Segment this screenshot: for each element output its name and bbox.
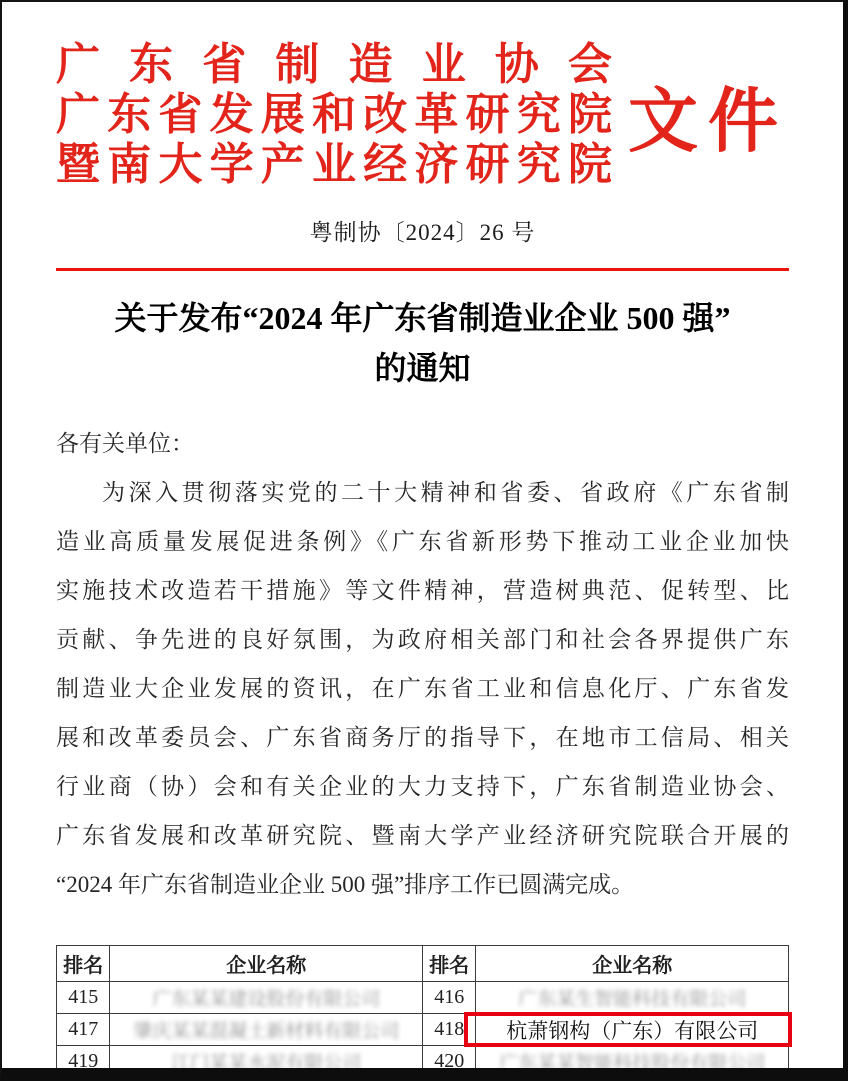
table-row: 415 广东某某建设股份有限公司 416 广东某生智能科技有限公司 bbox=[57, 982, 789, 1014]
red-divider-line bbox=[56, 268, 789, 271]
highlighted-company-name: 杭萧钢构（广东）有限公司 bbox=[506, 1019, 758, 1043]
document-title: 关于发布“2024 年广东省制造业企业 500 强” 的通知 bbox=[56, 293, 789, 393]
salutation: 各有关单位： bbox=[56, 419, 789, 468]
blurred-company-name: 肇庆某某混凝土新材料有限公司 bbox=[133, 1021, 399, 1042]
body-line: “2024 年广东省制造业企业 500 强”排序工作已圆满完成。 bbox=[56, 860, 789, 909]
body-line: 制造业大企业发展的资讯，在广东省工业和信息化厅、广东省发 bbox=[56, 664, 789, 713]
blurred-company-name: 广东某某智能科技股份有限公司 bbox=[499, 1053, 765, 1074]
document-number: 粤制协〔2024〕26 号 bbox=[56, 214, 789, 247]
company-cell: 广东某某智能科技股份有限公司 bbox=[476, 1046, 789, 1078]
body-line: 造业高质量发展促进条例》《广东省新形势下推动工业企业加快 bbox=[56, 517, 789, 566]
company-cell: 广东某某建设股份有限公司 bbox=[110, 982, 423, 1014]
header-company-left: 企业名称 bbox=[110, 946, 423, 982]
title-line-2: 的通知 bbox=[56, 343, 789, 393]
rank-cell: 418 bbox=[422, 1014, 475, 1046]
highlighted-company-cell: 杭萧钢构（广东）有限公司 bbox=[476, 1014, 789, 1046]
header-company-right: 企业名称 bbox=[476, 946, 789, 982]
org-name-line-1: 广东省制造业协会 bbox=[56, 40, 612, 90]
rank-cell: 417 bbox=[57, 1014, 110, 1046]
rank-cell: 416 bbox=[422, 982, 475, 1014]
table-row: 419 江门某某水泥有限公司 420 广东某某智能科技股份有限公司 bbox=[57, 1046, 789, 1078]
org-name-line-3: 暨南大学产业经济研究院 bbox=[56, 140, 612, 190]
rank-cell: 415 bbox=[57, 982, 110, 1014]
header-rank-right: 排名 bbox=[422, 946, 475, 982]
document-type-label: 文件 bbox=[628, 65, 788, 166]
document-body: 各有关单位： 为深入贯彻落实党的二十大精神和省委、省政府《广东省制 造业高质量发… bbox=[56, 419, 789, 909]
body-line: 贡献、争先进的良好氛围，为政府相关部门和社会各界提供广东 bbox=[56, 615, 789, 664]
company-cell: 江门某某水泥有限公司 bbox=[110, 1046, 423, 1078]
rank-cell: 420 bbox=[422, 1046, 475, 1078]
letterhead: 广东省制造业协会 广东省发展和改革研究院 暨南大学产业经济研究院 文件 bbox=[56, 40, 789, 190]
table-header-row: 排名 企业名称 排名 企业名称 bbox=[57, 946, 789, 982]
body-line: 行业商（协）会和有关企业的大力支持下，广东省制造业协会、 bbox=[56, 762, 789, 811]
company-cell: 肇庆某某混凝土新材料有限公司 bbox=[110, 1014, 423, 1046]
body-line: 展和改革委员会、广东省商务厅的指导下，在地市工信局、相关 bbox=[56, 713, 789, 762]
table-row: 417 肇庆某某混凝土新材料有限公司 418 杭萧钢构（广东）有限公司 bbox=[57, 1014, 789, 1046]
company-cell: 广东某生智能科技有限公司 bbox=[476, 982, 789, 1014]
body-line: 广东省发展和改革研究院、暨南大学产业经济研究院联合开展的 bbox=[56, 811, 789, 860]
blurred-company-name: 广东某生智能科技有限公司 bbox=[518, 989, 746, 1010]
org-name-line-2: 广东省发展和改革研究院 bbox=[56, 90, 612, 140]
ranking-table: 排名 企业名称 排名 企业名称 415 广东某某建设股份有限公司 416 广东某… bbox=[56, 945, 789, 1078]
title-line-1: 关于发布“2024 年广东省制造业企业 500 强” bbox=[56, 293, 789, 343]
body-line: 实施技术改造若干措施》等文件精神，营造树典范、促转型、比 bbox=[56, 566, 789, 615]
rank-cell: 419 bbox=[57, 1046, 110, 1078]
body-line: 为深入贯彻落实党的二十大精神和省委、省政府《广东省制 bbox=[56, 468, 789, 517]
issuing-organizations: 广东省制造业协会 广东省发展和改革研究院 暨南大学产业经济研究院 bbox=[56, 40, 612, 190]
blurred-company-name: 广东某某建设股份有限公司 bbox=[152, 989, 380, 1010]
page-content: 广东省制造业协会 广东省发展和改革研究院 暨南大学产业经济研究院 文件 粤制协〔… bbox=[2, 40, 843, 1078]
official-document-page: 广东省制造业协会 广东省发展和改革研究院 暨南大学产业经济研究院 文件 粤制协〔… bbox=[0, 0, 848, 1081]
blurred-company-name: 江门某某水泥有限公司 bbox=[171, 1053, 361, 1074]
header-rank-left: 排名 bbox=[57, 946, 110, 982]
